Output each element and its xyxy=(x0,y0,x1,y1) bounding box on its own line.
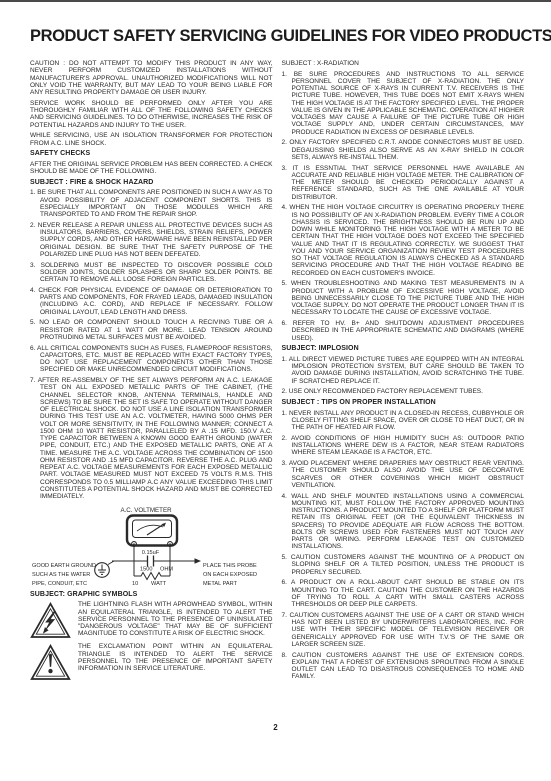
exclamation-symbol-row: THE EXCLAMATION POINT WITHIN AN EQUILATE… xyxy=(30,643,273,681)
installation-item: 5. CAUTION CUSTOMERS AGAINST THE MOUNTIN… xyxy=(282,554,525,576)
safety-checks-heading: SAFETY CHECKS xyxy=(30,150,273,157)
fire-shock-item: 6. ALL CRITICAL COMPONENTS SUCH AS FUSES… xyxy=(30,345,273,374)
two-column-layout: CAUTION : DO NOT ATTEMPT TO MODIFY THIS … xyxy=(30,60,524,685)
page-number: 2 xyxy=(0,723,551,732)
ground-label: GOOD EARTH GROUND SUCH AS THE WATER PIPE… xyxy=(32,563,96,587)
svg-text:GOOD EARTH GROUND: GOOD EARTH GROUND xyxy=(32,563,96,569)
capacitor-symbol xyxy=(148,555,154,566)
fire-shock-item: 2. NEVER RELEASE A REPAIR UNLESS ALL PRO… xyxy=(30,222,273,258)
document-page: PRODUCT SAFETY SERVICING GUIDELINES FOR … xyxy=(0,0,551,781)
graphic-symbols-heading: SUBJECT: GRAPHIC SYMBOLS xyxy=(30,591,273,598)
resistor-value-label: 1500 xyxy=(140,566,152,572)
installation-item: 8. CAUTION CUSTOMERS AGAINST THE USE OF … xyxy=(282,652,525,681)
lightning-triangle-icon xyxy=(30,602,71,639)
isolation-transformer-paragraph: WHILE SERVICING, USE AN ISOLATION TRANSF… xyxy=(30,132,273,147)
installation-item: 3. AVOID PLACEMENT WHERE DRAPERIES MAY O… xyxy=(282,460,525,489)
installation-item: 7. CAUTION CUSTOMERS AGAINST THE USE OF … xyxy=(282,612,525,648)
voltmeter-icon xyxy=(127,515,177,546)
svg-text:METAL PART: METAL PART xyxy=(203,581,238,587)
fire-shock-item: 7. AFTER RE-ASSEMBLY OF THE SET ALWAYS P… xyxy=(30,377,273,500)
x-radiation-item: 5. WHEN TROUBLESHOOTING AND MAKING TEST … xyxy=(282,280,525,316)
ground-symbol xyxy=(95,562,110,577)
implosion-heading: SUBJECT: IMPLOSION xyxy=(282,345,525,352)
svg-text:ON EACH EXPOSED: ON EACH EXPOSED xyxy=(203,572,257,578)
resistor-watt-value-label: 10 xyxy=(132,581,138,587)
resistor-unit-label: OHM xyxy=(160,566,173,572)
installation-item: 1. NEVER INSTALL ANY PRODUCT IN A CLOSED… xyxy=(282,410,525,432)
fire-shock-item: 5. NO LEAD OR COMPONENT SHOULD TOUCH A R… xyxy=(30,319,273,341)
caution-paragraph: CAUTION : DO NOT ATTEMPT TO MODIFY THIS … xyxy=(30,60,273,96)
svg-text:SUCH AS THE WATER: SUCH AS THE WATER xyxy=(32,572,90,578)
probe-arrow xyxy=(195,558,202,563)
x-radiation-item: 1. BE SURE PROCEDURES AND INSTRUCTIONS T… xyxy=(282,71,525,136)
x-radiation-heading: SUBJECT : X-RADIATION xyxy=(282,60,525,67)
fire-shock-heading: SUBJECT : FIRE & SHOCK HAZARD xyxy=(30,179,273,186)
resistor-symbol xyxy=(134,572,170,579)
installation-item: 2. AVOID CONDITIONS OF HIGH HUMIDITY SUC… xyxy=(282,435,525,457)
x-radiation-item: 4. WHEN THE HIGH VOLTAGE CIRCUITRY IS OP… xyxy=(282,204,525,277)
x-radiation-item: 2. ONLY FACTORY SPECIFIED C.R.T. ANODE C… xyxy=(282,139,525,161)
svg-text:PIPE, CONDUIT, ETC: PIPE, CONDUIT, ETC xyxy=(32,581,87,587)
right-column: SUBJECT : X-RADIATION 1. BE SURE PROCEDU… xyxy=(282,60,525,685)
resistor-watt-unit-label: WATT xyxy=(151,581,167,587)
voltmeter-label: A.C. VOLTMETER xyxy=(120,507,172,514)
implosion-item: 2. USE ONLY RECOMMENDED FACTORY REPLACEM… xyxy=(282,388,525,395)
safety-checks-intro: AFTER THE ORIGINAL SERVICE PROBLEM HAS B… xyxy=(30,161,273,176)
ac-leakage-test-diagram: A.C. VOLTMETER xyxy=(30,504,273,588)
lightning-symbol-text: THE LIGHTNING FLASH WITH APROWHEAD SYMBO… xyxy=(78,601,273,637)
fire-shock-item: 3. SOLDERING MUST BE INSPECTED TO DISCOV… xyxy=(30,262,273,284)
installation-item: 6. A PRODUCT ON A ROLL-ABOUT CART SHOULD… xyxy=(282,579,525,608)
installation-item: 4. WALL AND SHELF MOUNTED INSTALLATIONS … xyxy=(282,493,525,551)
lightning-symbol-row: THE LIGHTNING FLASH WITH APROWHEAD SYMBO… xyxy=(30,601,273,639)
exclamation-triangle-icon xyxy=(30,644,71,681)
scan-edge xyxy=(0,0,551,2)
fire-shock-item: 1. BE SURE THAT ALL COMPONENTS ARE POSIT… xyxy=(30,189,273,218)
capacitor-value-label: 0.15uF xyxy=(142,550,160,556)
fire-shock-item: 4. CHECK FOR PHYSICAL EVIDENCE OF DAMAGE… xyxy=(30,287,273,316)
installation-heading: SUBJECT : TIPS ON PROPER INSTALLATION xyxy=(282,399,525,406)
page-title: PRODUCT SAFETY SERVICING GUIDELINES FOR … xyxy=(30,27,524,46)
svg-text:PLACE THIS PROBE: PLACE THIS PROBE xyxy=(203,563,257,569)
probe-label: PLACE THIS PROBE ON EACH EXPOSED METAL P… xyxy=(203,563,257,587)
exclamation-symbol-text: THE EXCLAMATION POINT WITHIN AN EQUILATE… xyxy=(78,643,273,672)
implosion-item: 1. ALL DIRECT VIEWED PICTURE TUBES ARE E… xyxy=(282,356,525,385)
left-column: CAUTION : DO NOT ATTEMPT TO MODIFY THIS … xyxy=(30,60,273,685)
x-radiation-item: 3. IT IS ESSNTIAL THAT SERVICE PERSONNEL… xyxy=(282,165,525,201)
service-work-paragraph: SERVICE WORK SHOULD BE PERFORMED ONLY AF… xyxy=(30,100,273,129)
x-radiation-item: 6. REFER TO HV. B+ AND SHUTDOWN ADJUSTME… xyxy=(282,320,525,342)
